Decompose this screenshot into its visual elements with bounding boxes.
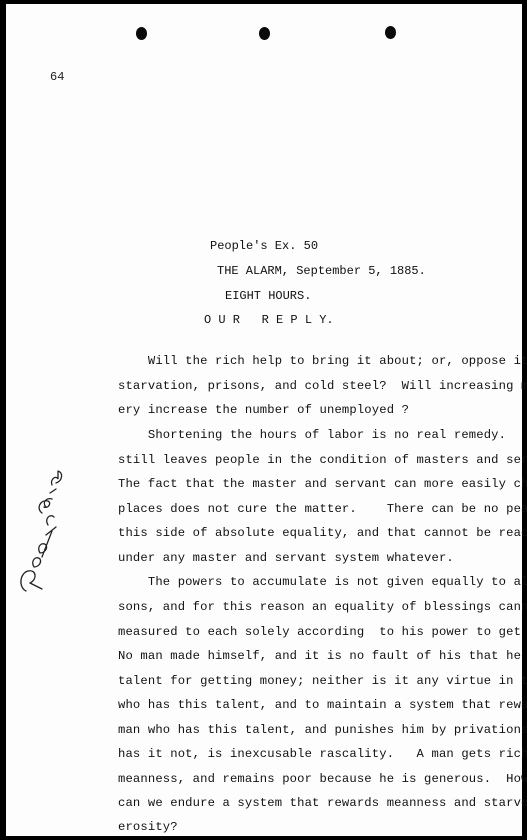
body-line: talent for getting money; neither is it … xyxy=(118,674,527,688)
body-line: Shortening the hours of labor is no real… xyxy=(118,428,527,442)
body-line: ery increase the number of unemployed ? xyxy=(118,403,409,417)
exhibit-label: People's Ex. 50 xyxy=(210,239,318,253)
document-page: 64 People's Ex. 50 THE ALARM, September … xyxy=(6,4,522,836)
body-line: measured to each solely according to his… xyxy=(118,625,527,639)
article-title: EIGHT HOURS. xyxy=(225,289,311,303)
body-line: erosity? xyxy=(118,820,178,834)
handwritten-margin-note-icon xyxy=(12,469,72,599)
body-line: can we endure a system that rewards mean… xyxy=(118,796,527,810)
body-line: meanness, and remains poor because he is… xyxy=(118,772,527,786)
punch-hole-center-icon xyxy=(259,27,270,40)
body-line: has it not, is inexcusable rascality. A … xyxy=(118,747,527,761)
source-line: THE ALARM, September 5, 1885. xyxy=(217,264,426,278)
body-line: No man made himself, and it is no fault … xyxy=(118,649,527,663)
body-line: The fact that the master and servant can… xyxy=(118,477,527,491)
body-line: starvation, prisons, and cold steel? Wil… xyxy=(118,379,527,393)
body-line: this side of absolute equality, and that… xyxy=(118,526,527,540)
body-line: The powers to accumulate is not given eq… xyxy=(118,575,527,589)
body-line: sons, and for this reason an equality of… xyxy=(118,600,527,614)
body-line: places does not cure the matter. There c… xyxy=(118,502,527,516)
punch-hole-right-icon xyxy=(385,26,396,39)
punch-hole-left-icon xyxy=(136,27,147,40)
article-subtitle: O U R R E P L Y. xyxy=(204,313,334,327)
body-line: Will the rich help to bring it about; or… xyxy=(118,354,527,368)
page-number: 64 xyxy=(50,70,64,84)
body-line: still leaves people in the condition of … xyxy=(118,453,527,467)
body-line: who has this talent, and to maintain a s… xyxy=(118,698,527,712)
body-line: under any master and servant system what… xyxy=(118,551,454,565)
body-line: man who has this talent, and punishes hi… xyxy=(118,723,527,737)
